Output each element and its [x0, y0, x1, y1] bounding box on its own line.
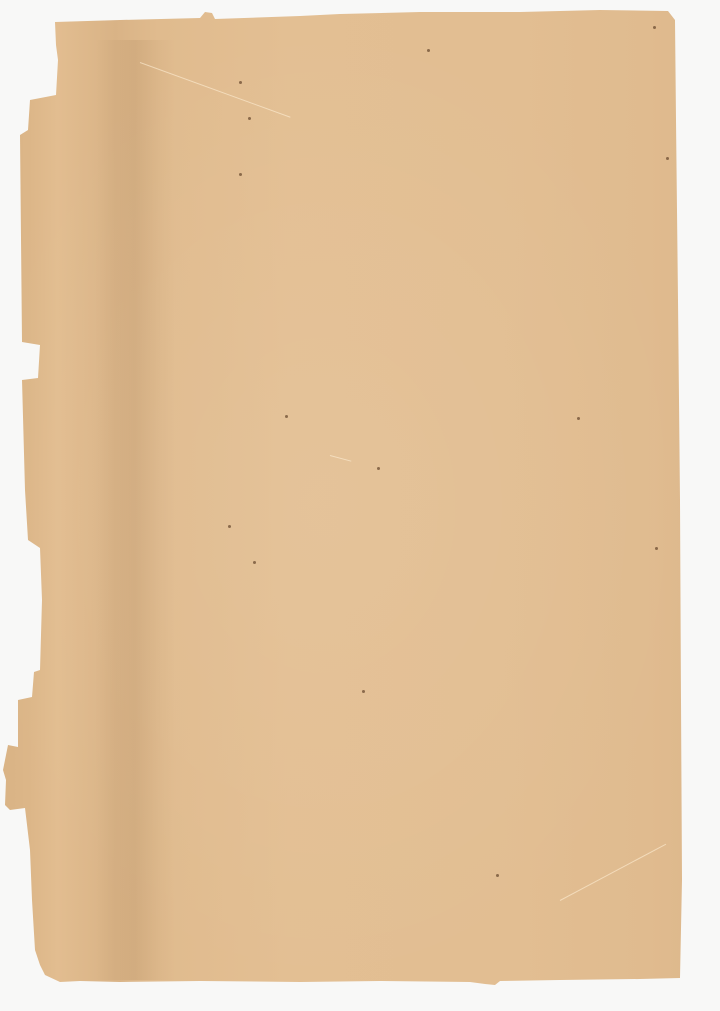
paper-speck [653, 26, 656, 29]
scan-background [0, 0, 720, 1011]
paper-speck [362, 690, 365, 693]
blank-paper-sheet [0, 0, 720, 1011]
paper-speck [666, 157, 669, 160]
paper-speck [239, 81, 242, 84]
paper-speck [427, 49, 430, 52]
paper-speck [655, 547, 658, 550]
paper-fold-shadow [95, 40, 175, 980]
paper-speck [228, 525, 231, 528]
paper-crease [330, 455, 352, 462]
paper-speck [248, 117, 251, 120]
paper-speck [377, 467, 380, 470]
paper-speck [285, 415, 288, 418]
paper-speck [239, 173, 242, 176]
paper-crease [140, 62, 291, 118]
paper-speck [496, 874, 499, 877]
paper-crease [560, 844, 666, 901]
paper-speck [253, 561, 256, 564]
paper-speck [577, 417, 580, 420]
